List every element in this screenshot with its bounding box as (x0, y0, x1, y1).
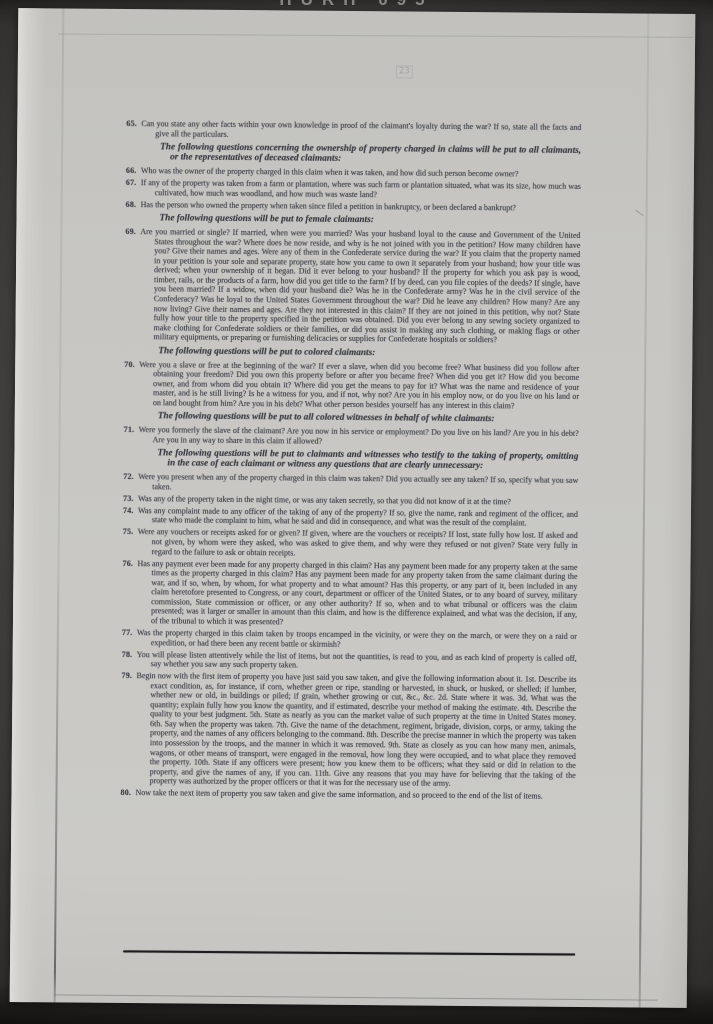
question-item: 80.Now take the next item of property yo… (120, 788, 575, 802)
question-item: 66.Who was the owner of the property cha… (126, 166, 581, 180)
question-item: 75.Were any vouchers or receipts asked f… (123, 527, 578, 560)
photo-background: HURH 095 23 65.Can you state any other f… (0, 0, 713, 1024)
question-text: Has the person who owned the property wh… (141, 200, 516, 212)
question-text: Who was the owner of the property charge… (141, 166, 519, 178)
question-item: 74.Was any complaint made to any officer… (123, 506, 578, 529)
question-item: 71.Were you formerly the slave of the cl… (124, 425, 579, 448)
photo-label: HURH 095 (279, 0, 433, 10)
section-heading: The following questions concerning the o… (126, 142, 581, 167)
question-text: Begin now with the first item of propert… (136, 671, 576, 788)
question-item: 65.Can you state any other facts within … (126, 119, 581, 142)
question-text: If any of the property was taken from a … (141, 178, 581, 199)
question-item: 79.Begin now with the first item of prop… (121, 671, 577, 790)
question-number: 66. (126, 166, 141, 176)
page-crease-top (58, 34, 693, 38)
stamp-mark: 23 (396, 65, 413, 78)
question-item: 67.If any of the property was taken from… (126, 178, 581, 201)
pencil-mark (635, 210, 644, 217)
question-number: 75. (123, 527, 138, 537)
question-number: 65. (126, 119, 141, 129)
question-item: 78.You will please listen attentively wh… (122, 650, 577, 673)
sheet-edge-line (54, 994, 658, 1000)
question-number: 76. (122, 559, 137, 569)
question-text: Was any of the property taken in the nig… (138, 494, 511, 506)
bottom-rule (123, 950, 575, 955)
section-heading: The following questions will be put to a… (124, 411, 579, 425)
question-number: 71. (124, 425, 139, 435)
question-number: 68. (126, 200, 141, 210)
question-number: 79. (121, 671, 136, 681)
question-text: Were you formerly the slave of the claim… (139, 425, 579, 445)
question-text: Were you a slave or free at the beginnin… (139, 360, 579, 410)
question-item: 77.Was the property charged in this clai… (122, 628, 577, 651)
question-item: 72.Were you present when any of the prop… (123, 472, 578, 495)
question-text: Are you married or single? If married, w… (140, 227, 580, 344)
question-text: Can you state any other facts within you… (141, 119, 581, 138)
question-text: Now take the next item of property you s… (135, 788, 542, 801)
page-fold-line-right (639, 14, 650, 1008)
question-item: 69.Are you married or single? If married… (124, 227, 580, 346)
question-item: 73.Was any of the property taken in the … (123, 494, 578, 508)
question-number: 80. (120, 788, 135, 798)
document-page: 23 65.Can you state any other facts with… (10, 8, 696, 1008)
question-text: Has any payment ever been made for any p… (137, 559, 577, 627)
question-text: Were any vouchers or receipts asked for … (138, 528, 578, 557)
page-fold-line-left (54, 8, 65, 1002)
question-text: Was any complaint made to any officer of… (138, 506, 578, 528)
section-heading: The following questions will be put to f… (125, 213, 580, 227)
question-number: 69. (125, 227, 140, 237)
question-item: 76.Has any payment ever been made for an… (122, 559, 578, 630)
section-heading: The following questions will be put to c… (123, 448, 578, 473)
question-number: 72. (123, 472, 138, 482)
question-number: 74. (123, 506, 138, 516)
question-number: 67. (126, 178, 141, 188)
question-item: 70.Were you a slave or free at the begin… (124, 360, 579, 412)
question-number: 70. (124, 360, 139, 370)
question-text: Was the property charged in this claim t… (137, 628, 577, 648)
question-number: 77. (122, 628, 137, 638)
question-number: 73. (123, 494, 138, 504)
question-number: 78. (122, 650, 137, 660)
question-item: 68.Has the person who owned the property… (126, 200, 581, 214)
question-text: Were you present when any of the propert… (138, 472, 578, 491)
question-text: You will please listen attentively while… (137, 650, 577, 670)
section-heading: The following questions will be put to c… (124, 346, 579, 360)
question-list: 65.Can you state any other facts within … (120, 119, 581, 804)
